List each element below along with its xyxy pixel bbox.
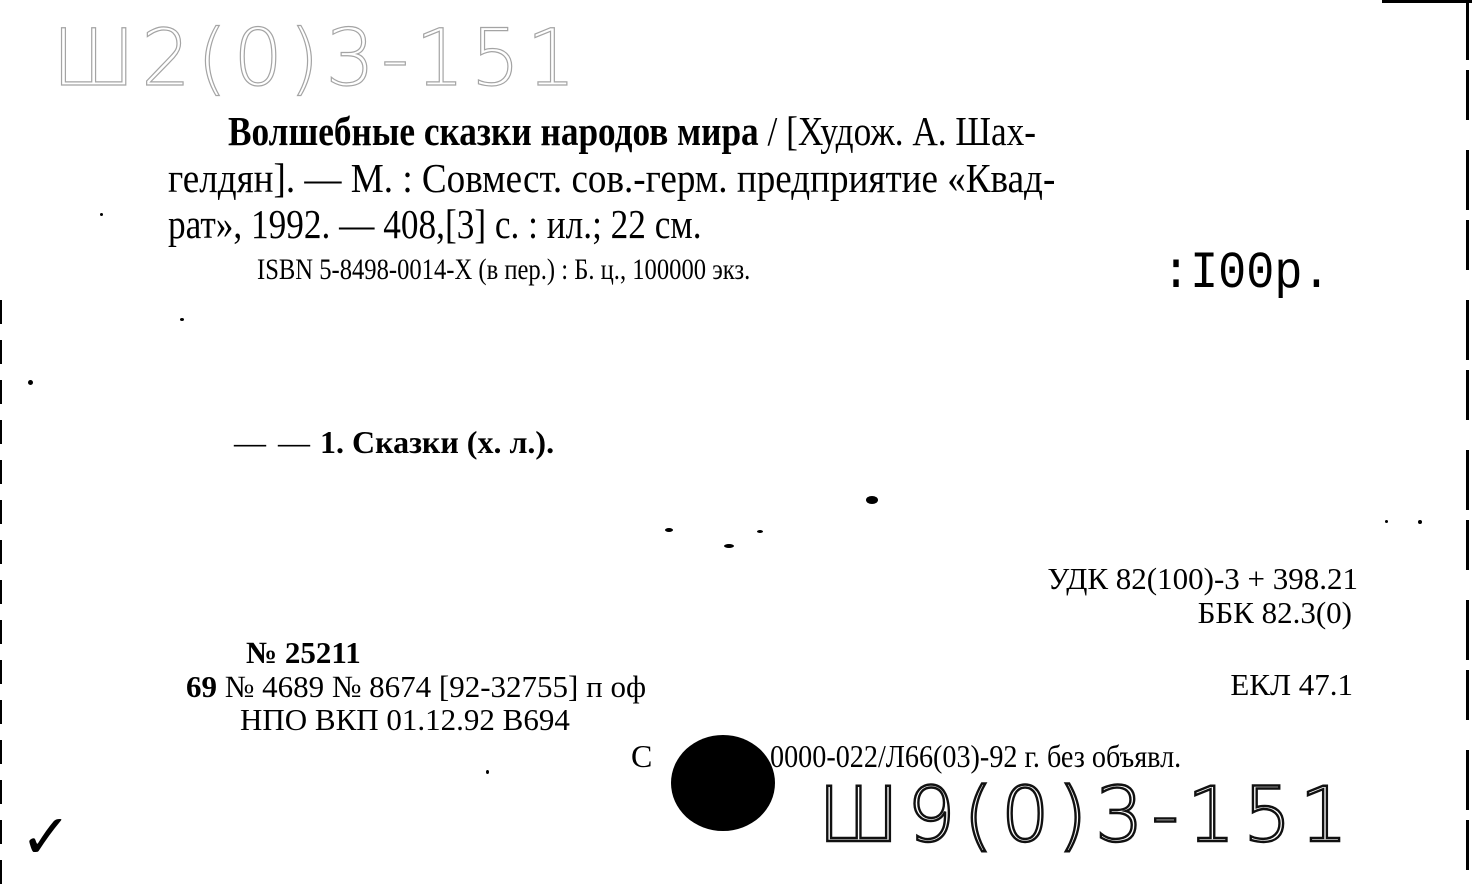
print-info-text: № 4689 № 8674 [92-32755] п оф bbox=[217, 669, 646, 704]
scan-speck bbox=[486, 770, 489, 774]
ekl-classification: ЕКЛ 47.1 bbox=[1230, 668, 1353, 702]
scan-speck bbox=[100, 213, 103, 216]
scan-speck bbox=[28, 380, 33, 385]
print-info: 69 № 4689 № 8674 [92-32755] п оф bbox=[186, 670, 646, 704]
code-line: 0000-022/Л66(03)-92 г. без объявл. bbox=[770, 738, 1181, 774]
punch-hole bbox=[671, 735, 775, 831]
handwritten-shelf-mark: Ш9(0)3-151 bbox=[818, 770, 1356, 859]
scan-speck bbox=[757, 530, 763, 533]
scan-speck bbox=[724, 544, 734, 548]
record-number: № 25211 bbox=[246, 636, 361, 670]
subject-entry: 1. Сказки (х. л.). bbox=[320, 424, 554, 460]
scan-speck bbox=[1385, 520, 1388, 523]
illustrator-start: / [Худож. А. Шах- bbox=[759, 108, 1036, 154]
title-line-2: гелдян]. — М. : Совмест. сов.-герм. пред… bbox=[168, 155, 1055, 201]
card-edge-right bbox=[1466, 0, 1469, 888]
check-mark-icon: ✓ bbox=[20, 800, 72, 873]
print-info-prefix: 69 bbox=[186, 669, 217, 704]
library-catalog-card: Ш2(0)3-151 Волшебные сказки народов мира… bbox=[0, 0, 1472, 888]
price-stamp: :I00р. bbox=[1162, 246, 1331, 302]
scan-speck bbox=[866, 496, 878, 504]
card-edge-top bbox=[1382, 0, 1472, 3]
book-title: Волшебные сказки народов мира bbox=[228, 108, 759, 154]
handwritten-shelf-mark-faint: Ш2(0)3-151 bbox=[52, 14, 582, 104]
subject-dashes: — — bbox=[234, 424, 312, 460]
bbk-classification: ББК 82.3(0) bbox=[1198, 596, 1352, 630]
scan-speck bbox=[1418, 520, 1422, 524]
subject-heading: — — 1. Сказки (х. л.). bbox=[234, 422, 554, 462]
npo-line: НПО ВКП 01.12.92 В694 bbox=[240, 703, 570, 737]
isbn-line: ISBN 5-8498-0014-X (в пер.) : Б. ц., 100… bbox=[257, 253, 750, 287]
scan-speck bbox=[665, 528, 673, 532]
code-prefix: С bbox=[631, 738, 652, 774]
scan-speck bbox=[180, 318, 184, 321]
udk-classification: УДК 82(100)-3 + 398.21 bbox=[1047, 562, 1358, 596]
title-line-3: рат», 1992. — 408,[3] с. : ил.; 22 см. bbox=[168, 201, 702, 247]
title-line-1: Волшебные сказки народов мира / [Худож. … bbox=[228, 108, 1036, 154]
card-edge-left bbox=[0, 300, 2, 888]
